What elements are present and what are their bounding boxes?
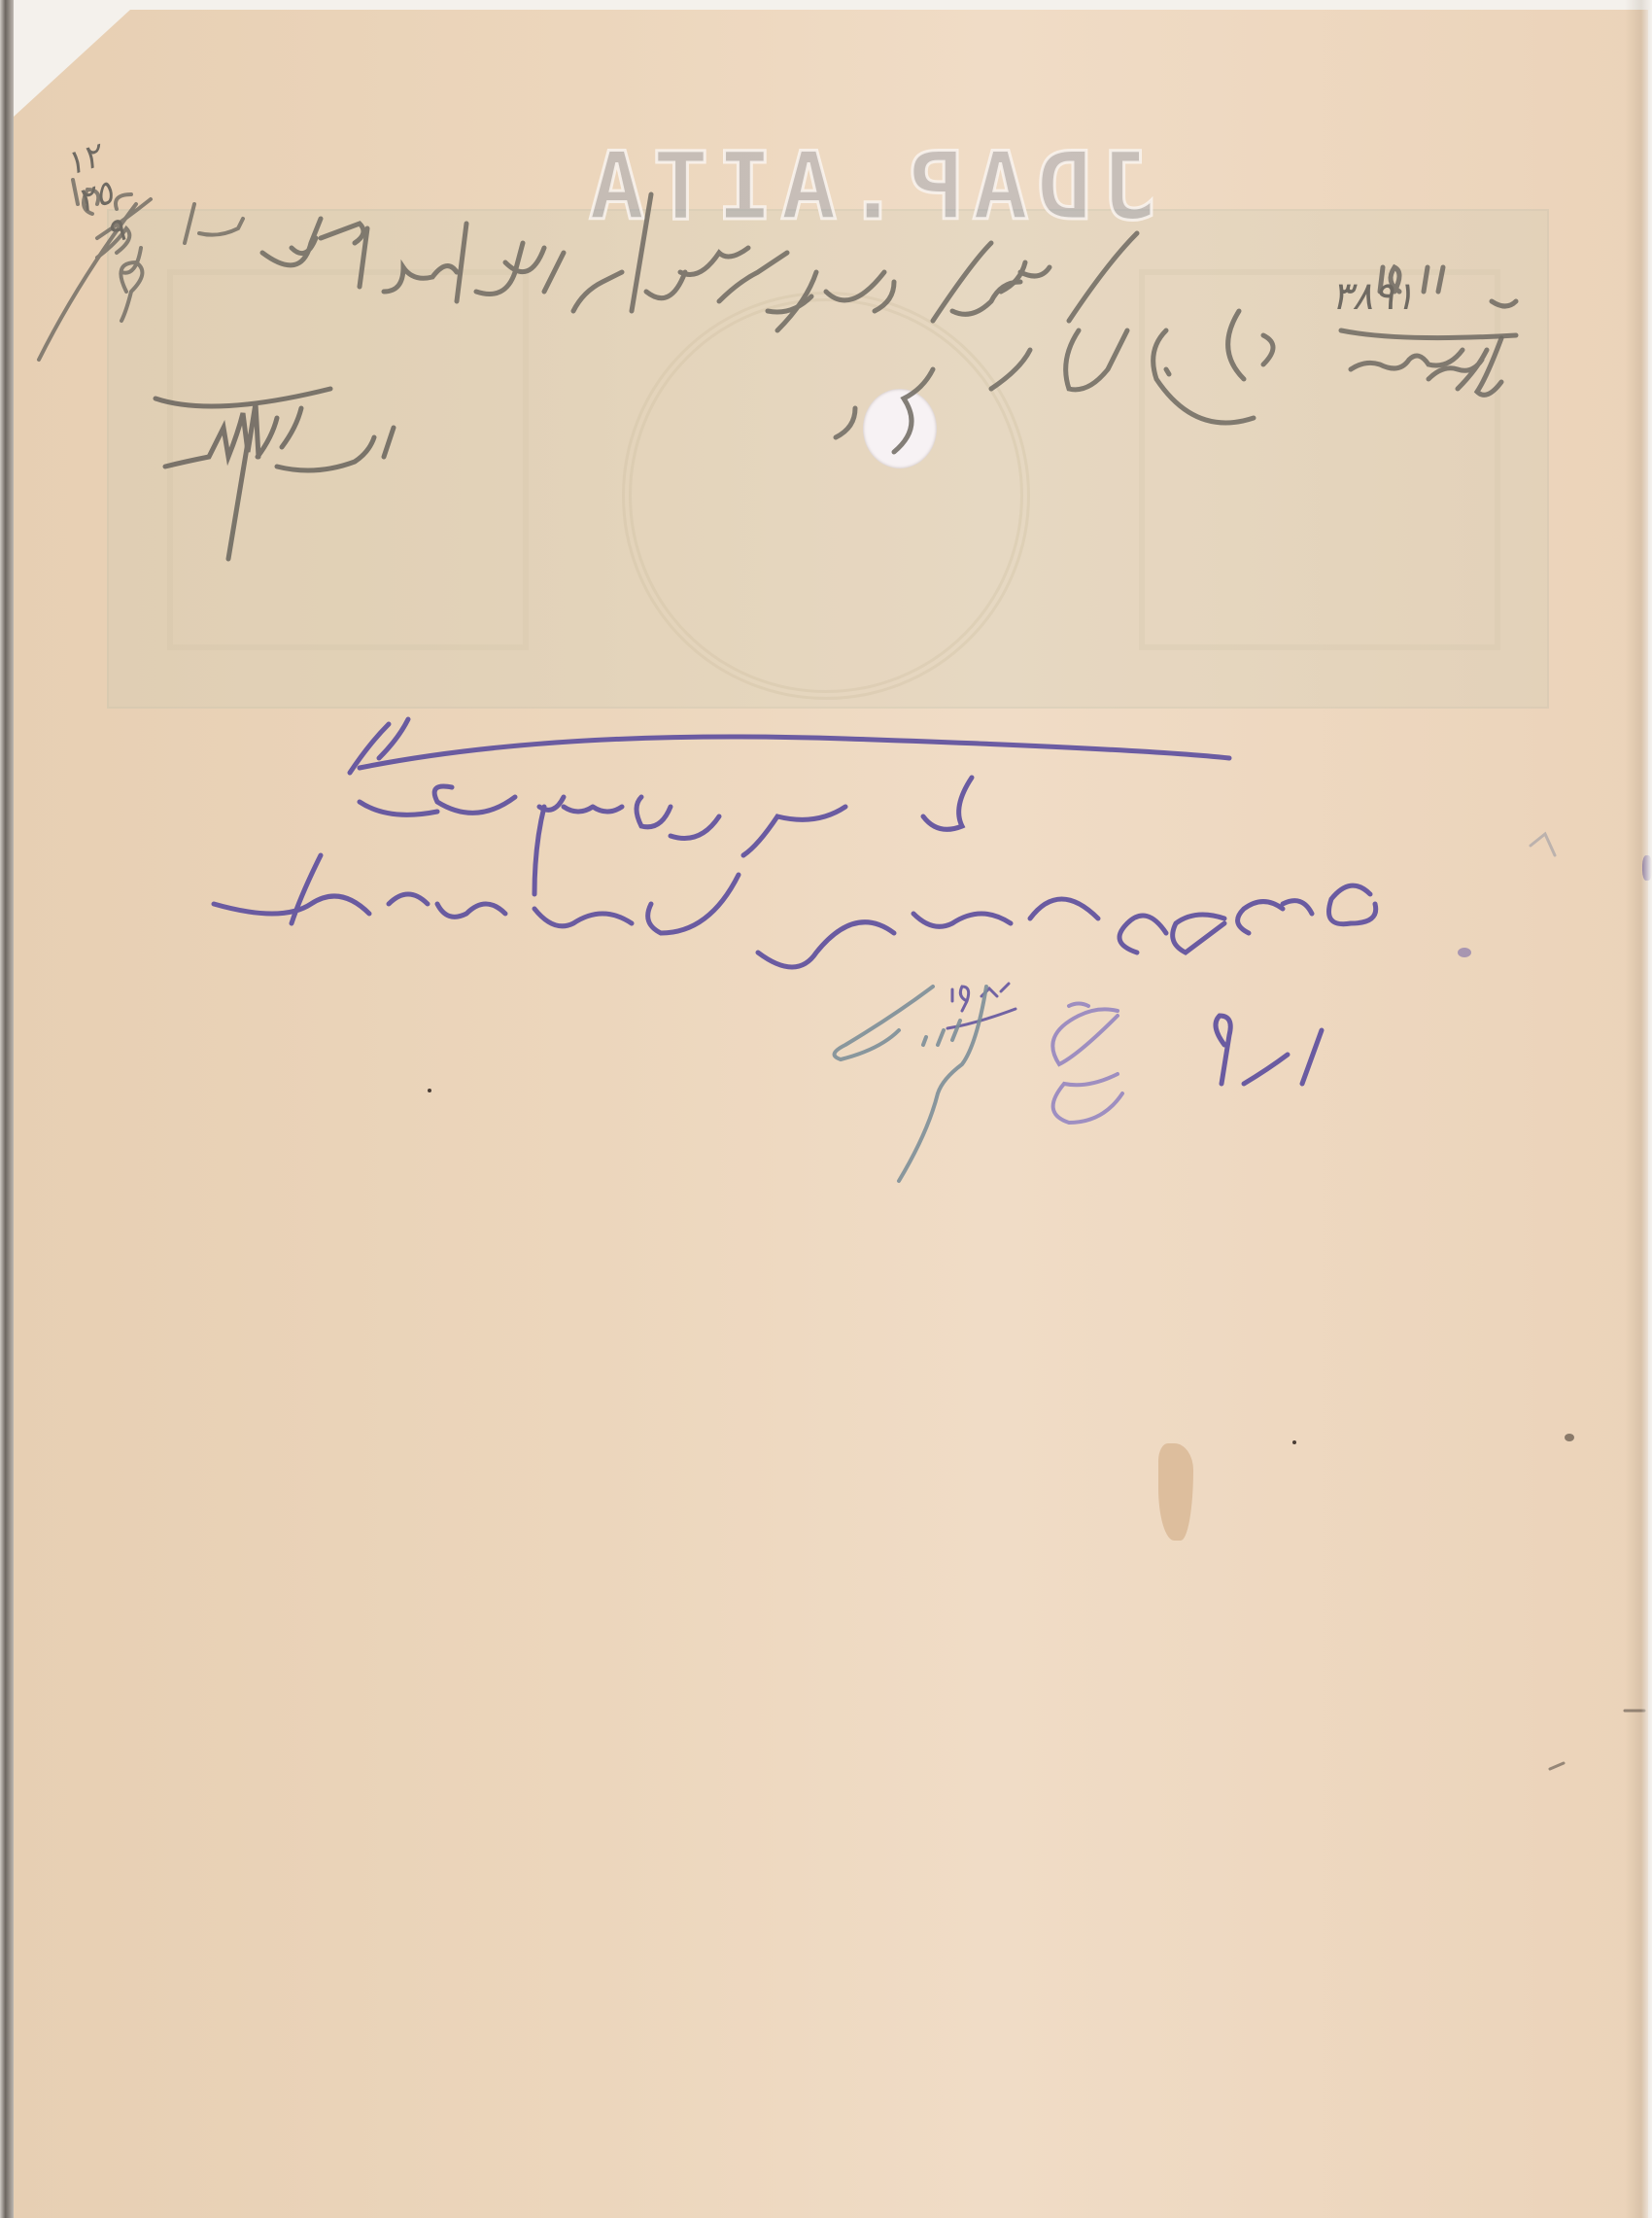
reference-number: ٣٨٩١ <box>1331 274 1415 319</box>
ink-speck <box>1292 1440 1296 1444</box>
stamp-right-panel <box>1139 269 1500 650</box>
punch-hole <box>863 389 937 468</box>
paper-stain <box>1158 1443 1193 1541</box>
stamp-left-panel <box>167 269 529 650</box>
ink-speck <box>428 1089 431 1092</box>
scanner-shadow <box>1625 0 1652 2218</box>
scanner-edge <box>0 0 14 2218</box>
purple-smudge <box>1458 948 1471 957</box>
perforated-stamp-text: JDAP.AITA <box>612 131 1156 243</box>
stamp-emblem-oval <box>622 292 1030 700</box>
ink-speck <box>1565 1434 1574 1441</box>
